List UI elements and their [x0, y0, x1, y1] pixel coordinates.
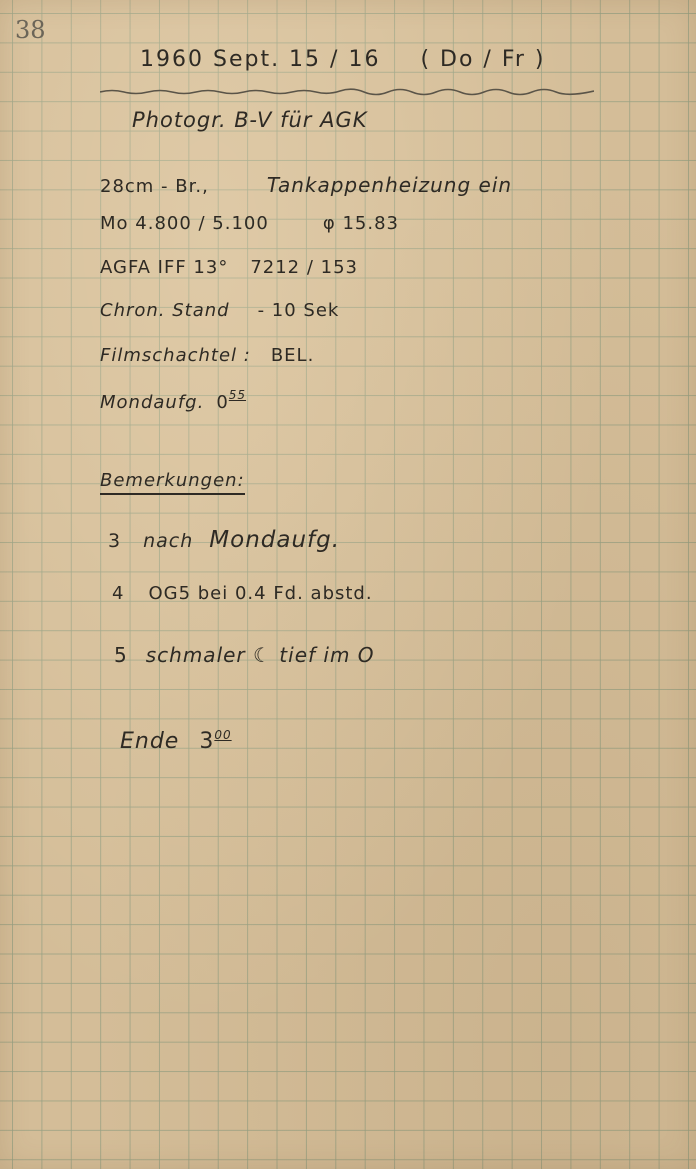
entry-film-box: Filmschachtel :BEL. [100, 345, 314, 366]
remark-number: 5 [114, 643, 128, 667]
entry-chronometer: Chron. Stand- 10 Sek [100, 300, 339, 321]
remark-text: schmaler ☾ tief im O [146, 643, 375, 667]
observation-date: 1960 Sept. 15 / 16 [140, 47, 380, 72]
remark-text-2: Mondaufg. [209, 527, 340, 553]
end-time: 3 [199, 729, 214, 754]
entry-label: Mondaufg. [100, 392, 204, 413]
remark-item: 3nachMondaufg. [108, 527, 340, 553]
entry-telescope: 28cm - Br.,Tankappenheizung ein [100, 173, 512, 197]
entry-value-minutes: 55 [229, 388, 246, 402]
end-time-minutes: 00 [214, 728, 231, 742]
entry-label: 28cm - Br., [100, 176, 209, 197]
wavy-underline-divider [100, 88, 594, 96]
entry-label: AGFA IFF 13° [100, 257, 228, 278]
entry-label: Mo 4.800 / 5.100 [100, 213, 269, 234]
weekday-range: ( Do / Fr ) [420, 47, 545, 72]
page-number: 38 [15, 16, 46, 44]
entry-value: Tankappenheizung ein [267, 173, 512, 197]
entry-moonrise: Mondaufg.055 [100, 388, 246, 413]
end-label: Ende [120, 729, 179, 754]
session-end: Ende300 [120, 728, 232, 754]
remark-text: OG5 bei 0.4 Fd. abstd. [148, 583, 372, 604]
remark-number: 4 [112, 583, 124, 604]
session-subtitle: Photogr. B-V für AGK [132, 108, 368, 132]
remarks-heading: Bemerkungen: [100, 470, 245, 495]
entry-date-header: 1960 Sept. 15 / 16( Do / Fr ) [140, 47, 546, 72]
entry-value: - 10 Sek [258, 300, 340, 321]
entry-label: Chron. Stand [100, 300, 230, 321]
entry-mo: Mo 4.800 / 5.100φ 15.83 [100, 213, 399, 234]
remark-item: 4OG5 bei 0.4 Fd. abstd. [112, 583, 373, 604]
remark-item: 5schmaler ☾ tief im O [114, 643, 375, 667]
entry-value: 7212 / 153 [250, 257, 358, 278]
remark-text: nach [143, 530, 193, 552]
remark-number: 3 [108, 530, 121, 552]
entry-label: Filmschachtel : [100, 345, 251, 366]
entry-film: AGFA IFF 13°7212 / 153 [100, 257, 358, 278]
entry-value: φ 15.83 [323, 213, 399, 234]
entry-value: BEL. [271, 345, 314, 366]
entry-value: 0 [216, 392, 228, 413]
